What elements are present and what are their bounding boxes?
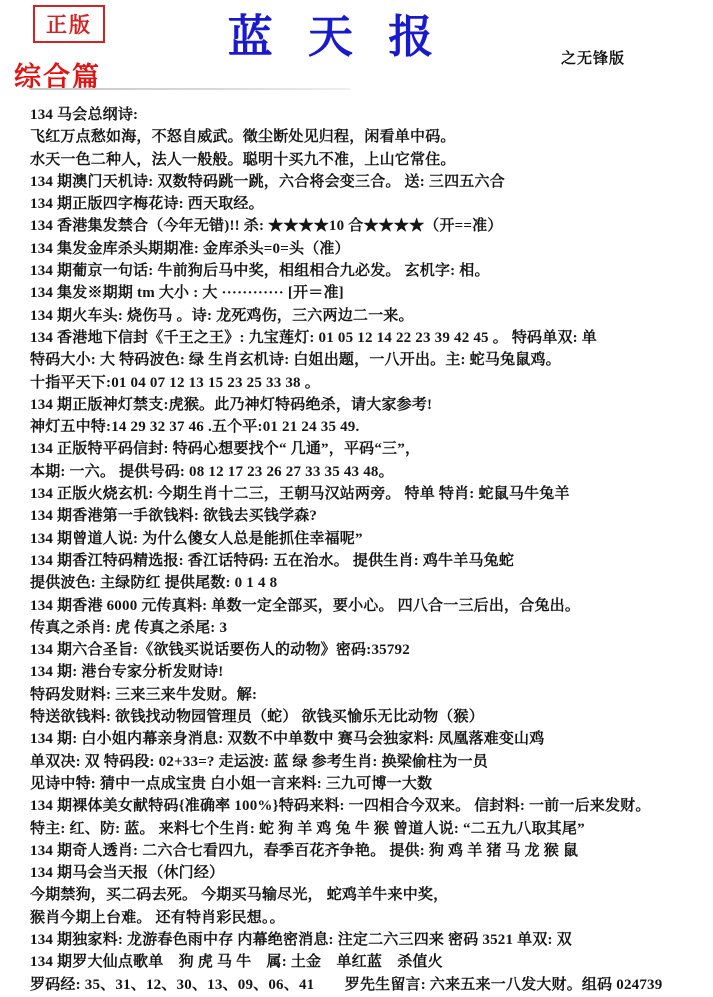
report-line: 134 香港地下信封《千王之王》: 九宝莲灯: 01 05 12 14 22 2… (30, 327, 709, 349)
report-line: 见诗中特: 猜中一点成宝贵 白小姐一言来料: 三九可博一大数 (30, 773, 709, 795)
report-line: 单双决: 双 特码段: 02+33=? 走运波: 蓝 绿 参考生肖: 换梁偷柱为… (30, 751, 709, 773)
report-line: 134 期正版神灯禁支:虎猴。此乃神灯特码绝杀，请大家参考! (30, 394, 709, 416)
report-line: 特送欲钱料: 欲钱找动物园管理员（蛇） 欲钱买愉乐无比动物（猴） (30, 706, 709, 728)
report-line: 十指平天下:01 04 07 12 13 15 23 25 33 38 。 (30, 372, 709, 394)
report-line: 134 马会总纲诗: (30, 104, 709, 126)
report-line: 134 期澳门天机诗: 双数特码跳一跳，六合将会变三合。 送: 三四五六合 (30, 171, 709, 193)
report-line: 134 期裸体美女献特码{准确率 100%}特码来料: 一四相合今双来。 信封料… (30, 795, 709, 817)
report-line: 134 期正版四字梅花诗: 西天取经。 (30, 193, 709, 215)
report-line: 134 集发金库杀头期期准: 金库杀头=0=头（准） (30, 238, 709, 260)
report-line: 134 正版特平码信封: 特码心想要找个“ 几通”，平码“三”， (30, 438, 709, 460)
report-line: 特码发财料: 三来三来牛发财。解: (30, 684, 709, 706)
report-line: 提供波色: 主绿防红 提供尾数: 0 1 4 8 (30, 572, 709, 594)
report-lines: 134 马会总纲诗:飞红万点愁如海，不怒自威武。徵尘断处见归程，闲看单中码。水天… (30, 104, 709, 996)
report-line: 134 期香港第一手欲钱料: 欲钱去买钱学森? (30, 505, 709, 527)
report-line: 134 期: 白小姐内幕亲身消息: 双数不中单数中 赛马会独家料: 凤凰落难变山… (30, 728, 709, 750)
report-line: 134 期香港 6000 元传真料: 单数一定全部买，要小心。 四八合一三后出，… (30, 595, 709, 617)
report-line: 134 期香江特码精选报: 香江话特码: 五在治水。 提供生肖: 鸡牛羊马兔蛇 (30, 550, 709, 572)
report-line: 134 期奇人透肖: 二六合七看四九，春季百花齐争艳。 提供: 狗 鸡 羊 猪 … (30, 840, 709, 862)
report-line: 134 期罗大仙点歌单 狗 虎 马 牛 属: 土金 单红蓝 杀值火 (30, 951, 709, 973)
edition-label: 之无锋版 (561, 47, 625, 68)
report-line: 神灯五中特:14 29 32 37 46 .五个平:01 21 24 35 49… (30, 416, 709, 438)
report-line: 134 香港集发禁合（今年无错)!! 杀: ★★★★10 合★★★★（开==准） (30, 215, 709, 237)
report-line: 猴肖今期上台难。 还有特肖彩民想。。 (30, 907, 709, 929)
newspaper-page: 正版 蓝 天 报 之无锋版 综合篇 134 马会总纲诗:飞红万点愁如海，不怒自威… (0, 0, 713, 997)
report-line: 134 期葡京一句话: 牛前狗后马中奖，相组相合九必发。 玄机字: 相。 (30, 260, 709, 282)
report-line: 特主: 红、防: 蓝。 来料七个生肖: 蛇 狗 羊 鸡 兔 牛 猴 曾道人说: … (30, 818, 709, 840)
report-line: 飞红万点愁如海，不怒自威武。徵尘断处见归程，闲看单中码。 (30, 126, 709, 148)
report-line: 传真之杀肖: 虎 传真之杀尾: 3 (30, 617, 709, 639)
report-line: 特码大小: 大 特码波色: 绿 生肖玄机诗: 白姐出题，一八开出。主: 蛇马兔鼠… (30, 349, 709, 371)
report-line: 134 期火车头: 烧伤马 。诗: 龙死鸡伤，三六两边二一来。 (30, 305, 709, 327)
report-line: 罗码经: 35、31、12、30、13、09、06、41 罗先生留言: 六来五来… (30, 974, 709, 996)
report-line: 134 集发※期期 tm 大小 : 大 ············ [开＝准] (30, 282, 709, 304)
header-divider (30, 88, 350, 90)
report-line: 本期: 一六。 提供号码: 08 12 17 23 26 27 33 35 43… (30, 461, 709, 483)
report-line: 134 期曾道人说: 为什么傻女人总是能抓住幸福呢” (30, 528, 709, 550)
report-line: 134 期六合圣旨:《欲钱买说话要伤人的动物》密码:35792 (30, 639, 709, 661)
report-line: 134 正版火烧玄机: 今期生肖十二三，王朝马汉站两旁。 特单 特肖: 蛇鼠马牛… (30, 483, 709, 505)
report-line: 134 期马会当天报（休门经） (30, 862, 709, 884)
report-line: 134 期独家料: 龙游春色雨中存 内幕绝密消息: 注定二六三四来 密码 352… (30, 929, 709, 951)
report-line: 今期禁狗，买二码去死。 今期买马输尽光， 蛇鸡羊牛来中奖， (30, 884, 709, 906)
report-line: 水天一色二种人，法人一般般。聪明十买九不准，上山它常住。 (30, 149, 709, 171)
report-line: 134 期: 港台专家分析发财诗! (30, 661, 709, 683)
